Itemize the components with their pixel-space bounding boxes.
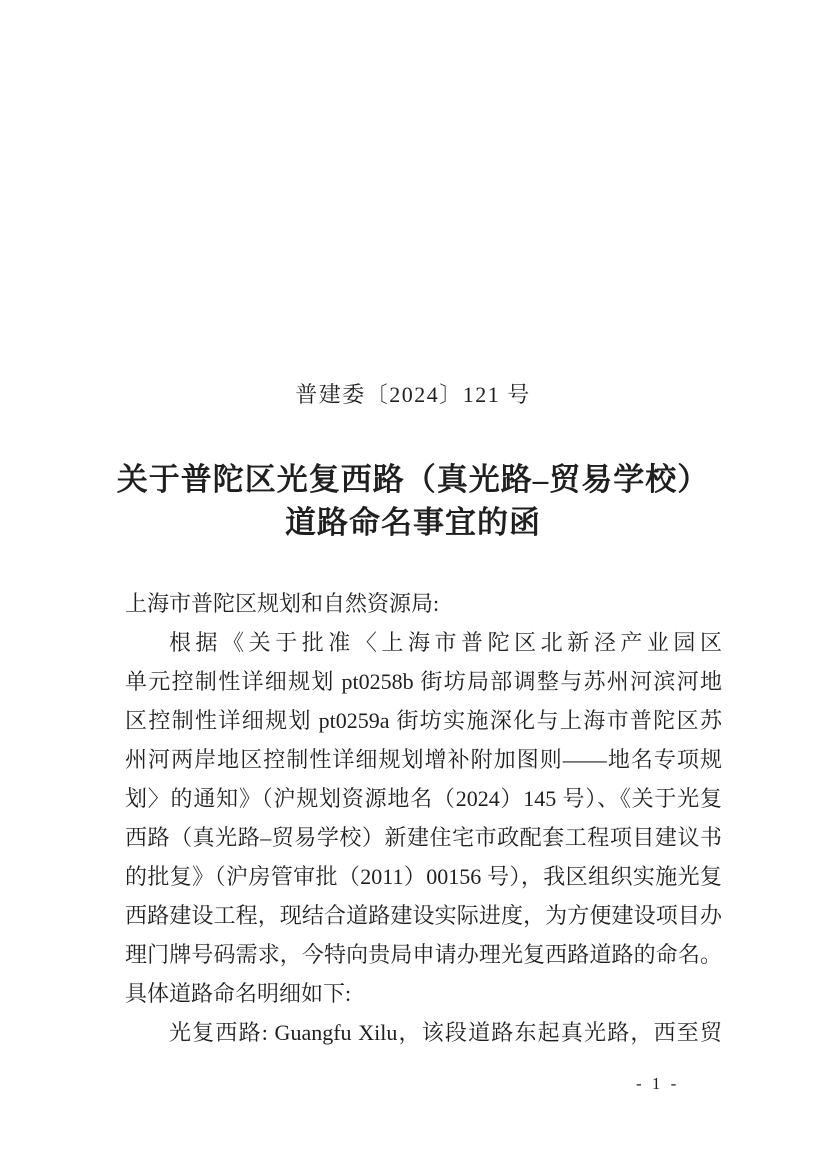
page-number: - 1 - [636,1073,679,1095]
document-title-line-2: 道路命名事宜的函 [43,501,783,544]
document-page: 普建委〔2024〕121 号 关于普陀区光复西路（真光路–贸易学校） 道路命名事… [0,0,826,1169]
document-title: 关于普陀区光复西路（真光路–贸易学校） 道路命名事宜的函 [43,458,783,544]
doc-number: 普建委〔2024〕121 号 [63,381,763,409]
body-line: 州河两岸地区控制性详细规划增补附加图则——地名专项规 [125,740,722,779]
body-line: 区控制性详细规划 pt0259a 街坊实施深化与上海市普陀区苏 [125,701,722,740]
body-line: 根据《关于批准〈上海市普陀区北新泾产业园区 W061001 [125,623,722,662]
body-line: 西路（真光路–贸易学校）新建住宅市政配套工程项目建议书 [125,818,722,857]
body-line: 的批复》（沪房管审批（2011）00156 号），我区组织实施光复 [125,857,722,896]
body-line: 光复西路: Guangfu Xilu，该段道路东起真光路，西至贸 [125,1013,722,1052]
body-line: 西路建设工程，现结合道路建设实际进度，为方便建设项目办 [125,896,722,935]
document-title-line-1: 关于普陀区光复西路（真光路–贸易学校） [43,458,783,501]
recipient-line: 上海市普陀区规划和自然资源局: [125,584,722,623]
body-line: 具体道路命名明细如下: [125,974,722,1013]
body-line: 理门牌号码需求，今特向贵局申请办理光复西路道路的命名。 [125,935,722,974]
body-line: 单元控制性详细规划 pt0258b 街坊局部调整与苏州河滨河地 [125,662,722,701]
body-line: 划〉的通知》（沪规划资源地名（2024）145 号）、《关于光复 [125,779,722,818]
document-body: 上海市普陀区规划和自然资源局: 根据《关于批准〈上海市普陀区北新泾产业园区 W0… [125,584,722,1052]
